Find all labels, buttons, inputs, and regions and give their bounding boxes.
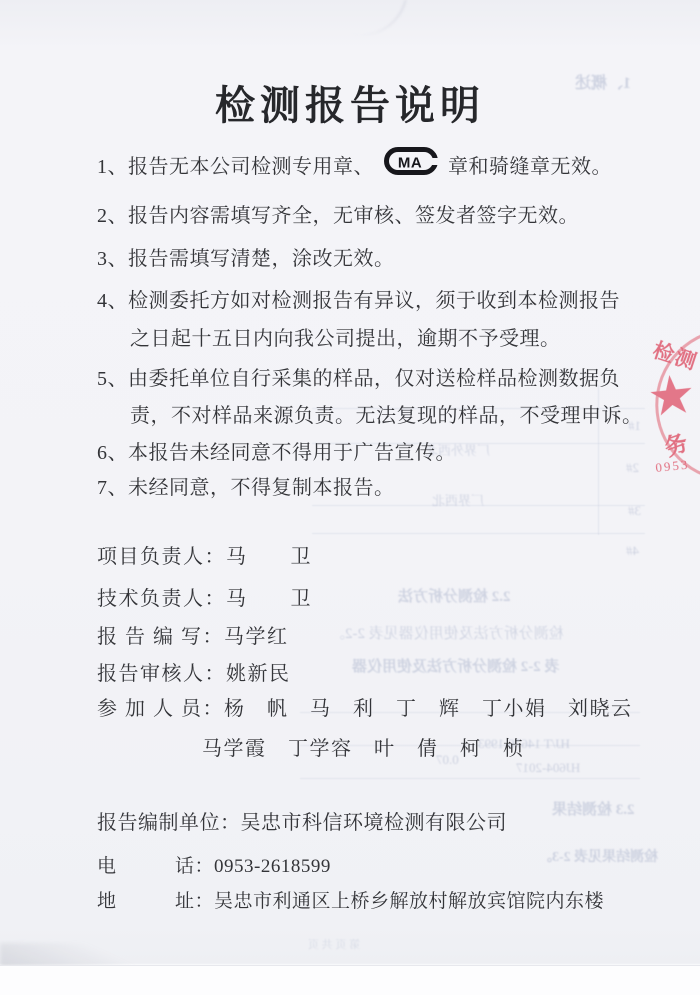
- ghost-text: 4#: [626, 543, 639, 559]
- ghost-text: 2.2 检测分析方法: [398, 585, 511, 606]
- note-1-prefix: 1、报告无本公司检测专用章、: [97, 150, 374, 179]
- ghost-table-line: [300, 778, 640, 779]
- note-item-3: 3、报告需填写清楚，涂改无效。: [97, 242, 395, 271]
- paper-crease: [335, 0, 406, 45]
- issuing-unit-name: 吴忠市科信环境检测有限公司: [241, 812, 508, 834]
- report-reviewer-name: 姚新民: [226, 663, 291, 685]
- participants-names-2: 马学霞 丁学容 叶 倩 柯 桢: [202, 738, 525, 760]
- ghost-text: HJ604-2017: [516, 760, 580, 776]
- note-item-4-line-2: 之日起十五日内向我公司提出，逾期不予受理。: [130, 322, 561, 351]
- report-writer-name: 马学红: [224, 626, 289, 648]
- note-item-4-line-1: 4、检测委托方如对检测报告有异议，须于收到本检测报告: [97, 284, 620, 313]
- note-item-6: 6、本报告未经同意不得用于广告宣传。: [97, 436, 456, 465]
- phone-row: 电 话：0953-2618599: [97, 851, 331, 878]
- issuing-unit-label: 报告编制单位：: [97, 812, 241, 834]
- report-reviewer-label: 报告审核人：: [97, 663, 226, 685]
- participants-row-2: 马学霞 丁学容 叶 倩 柯 桢: [202, 732, 525, 761]
- ghost-text: 3#: [628, 503, 641, 519]
- report-reviewer-row: 报告审核人：姚新民: [97, 657, 291, 686]
- project-leader-label: 项目负责人：: [97, 546, 226, 568]
- participants-row-1: 参 加 人 员：杨 帆 马 利 丁 辉 丁小娟 刘晓云: [97, 692, 633, 721]
- stamp-star-icon: ★: [647, 366, 696, 426]
- ghost-text: 表 2-2 检测分析方法及使用仪器: [352, 655, 560, 676]
- note-item-5-line-1: 5、由委托单位自行采集的样品，仅对送检样品检测数据负: [97, 362, 620, 391]
- scanned-report-page: 1、概述 2.2 检测分析方法 检测分析方法及使用仪器见表 2-2。 表 2-2…: [0, 0, 700, 995]
- report-writer-label: 报 告 编 写：: [97, 626, 224, 648]
- participants-names-1: 杨 帆 马 利 丁 辉 丁小娟 刘晓云: [224, 698, 633, 720]
- technical-leader-row: 技术负责人：马 卫: [97, 582, 312, 611]
- project-leader-row: 项目负责人：马 卫: [97, 540, 312, 569]
- participants-label: 参 加 人 员：: [97, 698, 224, 720]
- note-item-1: 1、报告无本公司检测专用章、 MA 章和骑缝章无效。: [97, 146, 612, 182]
- ghost-table-line: [312, 533, 645, 534]
- red-seal-stamp: 检测 ★ 务 0953: [637, 314, 700, 491]
- note-item-7: 7、未经同意，不得复制本报告。: [97, 471, 395, 500]
- note-item-2: 2、报告内容需填写齐全，无审核、签发者签字无效。: [97, 199, 579, 228]
- address-value: 吴忠市利通区上桥乡解放村解放宾馆院内东楼: [214, 891, 604, 912]
- technical-leader-name: 马 卫: [226, 588, 312, 610]
- note-1-suffix: 章和骑缝章无效。: [448, 150, 612, 179]
- ghost-text: 2#: [626, 460, 639, 476]
- address-label: 地 址：: [97, 891, 214, 912]
- stamp-digits: 0953: [655, 457, 690, 476]
- ghost-text: 检测结果见表 2-3。: [538, 846, 658, 866]
- ghost-text: 第 页 共 页: [308, 936, 360, 952]
- scanner-edge-strip: [0, 965, 700, 995]
- issuing-unit-row: 报告编制单位：吴忠市科信环境检测有限公司: [97, 806, 507, 835]
- cma-certification-icon: MA: [383, 146, 439, 182]
- cma-logo-text: MA: [398, 155, 422, 172]
- phone-number: 0953-2618599: [214, 856, 331, 877]
- ghost-text: 检测分析方法及使用仪器见表 2-2。: [330, 622, 564, 643]
- page-title: 检测报告说明: [0, 74, 700, 131]
- ghost-text: 2.3 检测结果: [552, 798, 635, 819]
- report-writer-row: 报 告 编 写：马学红: [97, 620, 289, 649]
- technical-leader-label: 技术负责人：: [97, 588, 226, 610]
- project-leader-name: 马 卫: [226, 546, 312, 568]
- phone-label: 电 话：: [97, 856, 214, 877]
- address-row: 地 址：吴忠市利通区上桥乡解放村解放宾馆院内东楼: [97, 886, 604, 913]
- note-item-5-line-2: 责，不对样品来源负责。无法复现的样品，不受理申诉。: [130, 399, 643, 428]
- ghost-text: 厂界西北: [432, 490, 484, 509]
